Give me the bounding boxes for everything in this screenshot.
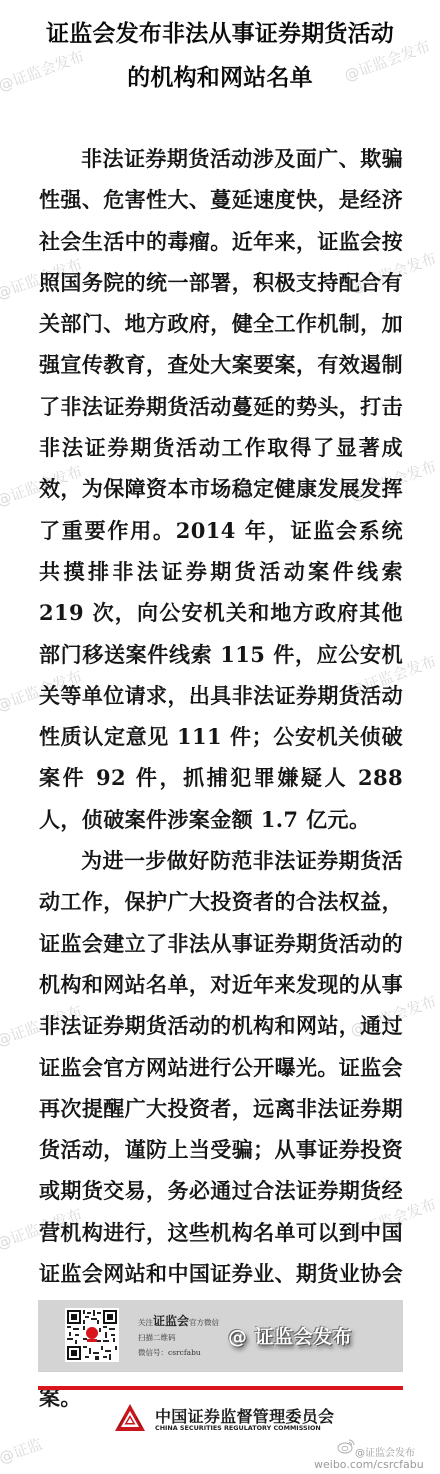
follow-line: 关注证监会官方微信 [138, 1314, 219, 1330]
weibo-url: weibo.com/csrcfabu [314, 1458, 424, 1471]
divider [38, 1371, 403, 1372]
weibo-handle: @证监会发布 [355, 1444, 415, 1459]
scan-qr-label: 扫描二维码 [138, 1330, 219, 1345]
paragraph: 非法证券期货活动涉及面广、欺骗性强、危害性大、蔓延速度快，是经济社会生活中的毒瘤… [39, 138, 403, 840]
csrc-logo-icon [114, 1403, 146, 1433]
document-title: 证监会发布非法从事证券期货活动 的机构和网站名单 [0, 12, 440, 100]
wechat-banner: 关注证监会官方微信 扫描二维码 微信号：csrcfabu @ 证监会发布 [38, 1300, 403, 1371]
weibo-handle-graphic: @ 证监会发布 [228, 1322, 352, 1349]
wechat-id-label: 微信号：csrcfabu [138, 1345, 219, 1360]
org-name-en: CHINA SECURITIES REGULATORY COMMISSION [155, 1424, 321, 1432]
title-line-2: 的机构和网站名单 [0, 56, 440, 100]
weibo-icon [337, 1438, 355, 1454]
title-line-1: 证监会发布非法从事证券期货活动 [0, 12, 440, 56]
qr-code-icon [65, 1308, 119, 1362]
divider-accent [38, 1386, 403, 1390]
watermark: @证监 [0, 1433, 45, 1468]
wechat-follow-text: 关注证监会官方微信 扫描二维码 微信号：csrcfabu [138, 1314, 219, 1360]
article-body: 非法证券期货活动涉及面广、欺骗性强、危害性大、蔓延速度快，是经济社会生活中的毒瘤… [39, 138, 403, 1418]
follow-account-name: 证监会 [153, 1314, 189, 1328]
